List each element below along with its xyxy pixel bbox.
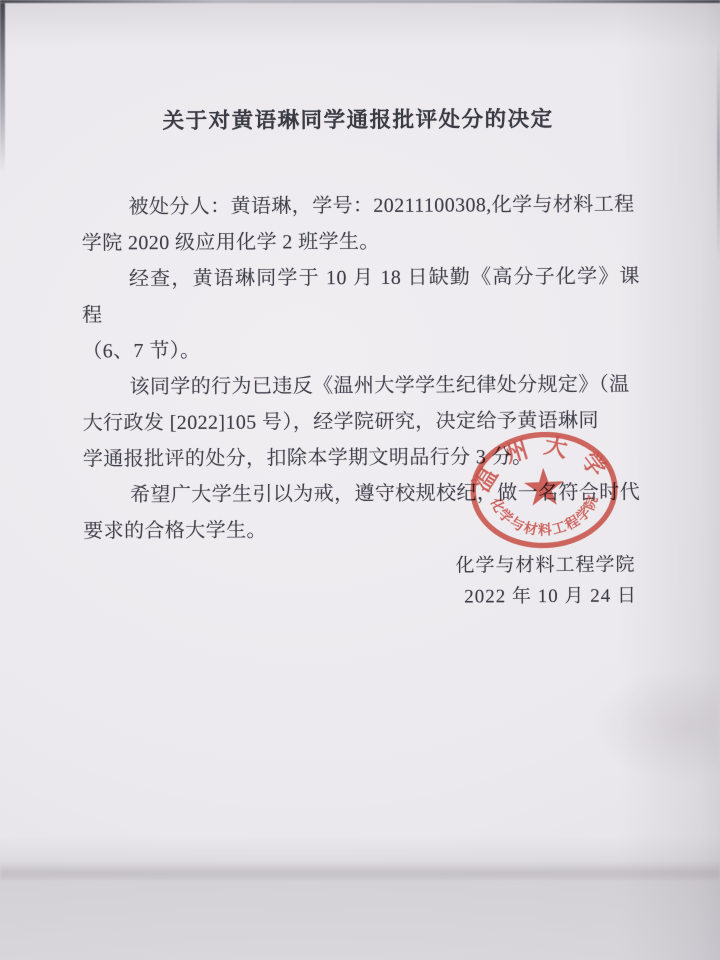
date-line: 2022 年 10 月 24 日	[441, 580, 661, 608]
official-seal: 温州大学 化学与材料工程学院	[465, 425, 624, 555]
paragraph-person: 被处分人：黄语琳，学号：20211100308,化学与材料工程 学院 2020 …	[81, 187, 639, 262]
document-title: 关于对黄语琳同学通报批评处分的决定	[0, 101, 718, 136]
seal-star-icon	[523, 467, 564, 506]
document-photo: 关于对黄语琳同学通报批评处分的决定 被处分人：黄语琳，学号：2021110030…	[0, 0, 720, 960]
paragraph-facts: 经查，黄语琳同学于 10 月 18 日缺勤《高分子化学》课程 （6、7 节）。	[82, 259, 641, 370]
document-content: 关于对黄语琳同学通报批评处分的决定 被处分人：黄语琳，学号：2021110030…	[0, 0, 720, 960]
